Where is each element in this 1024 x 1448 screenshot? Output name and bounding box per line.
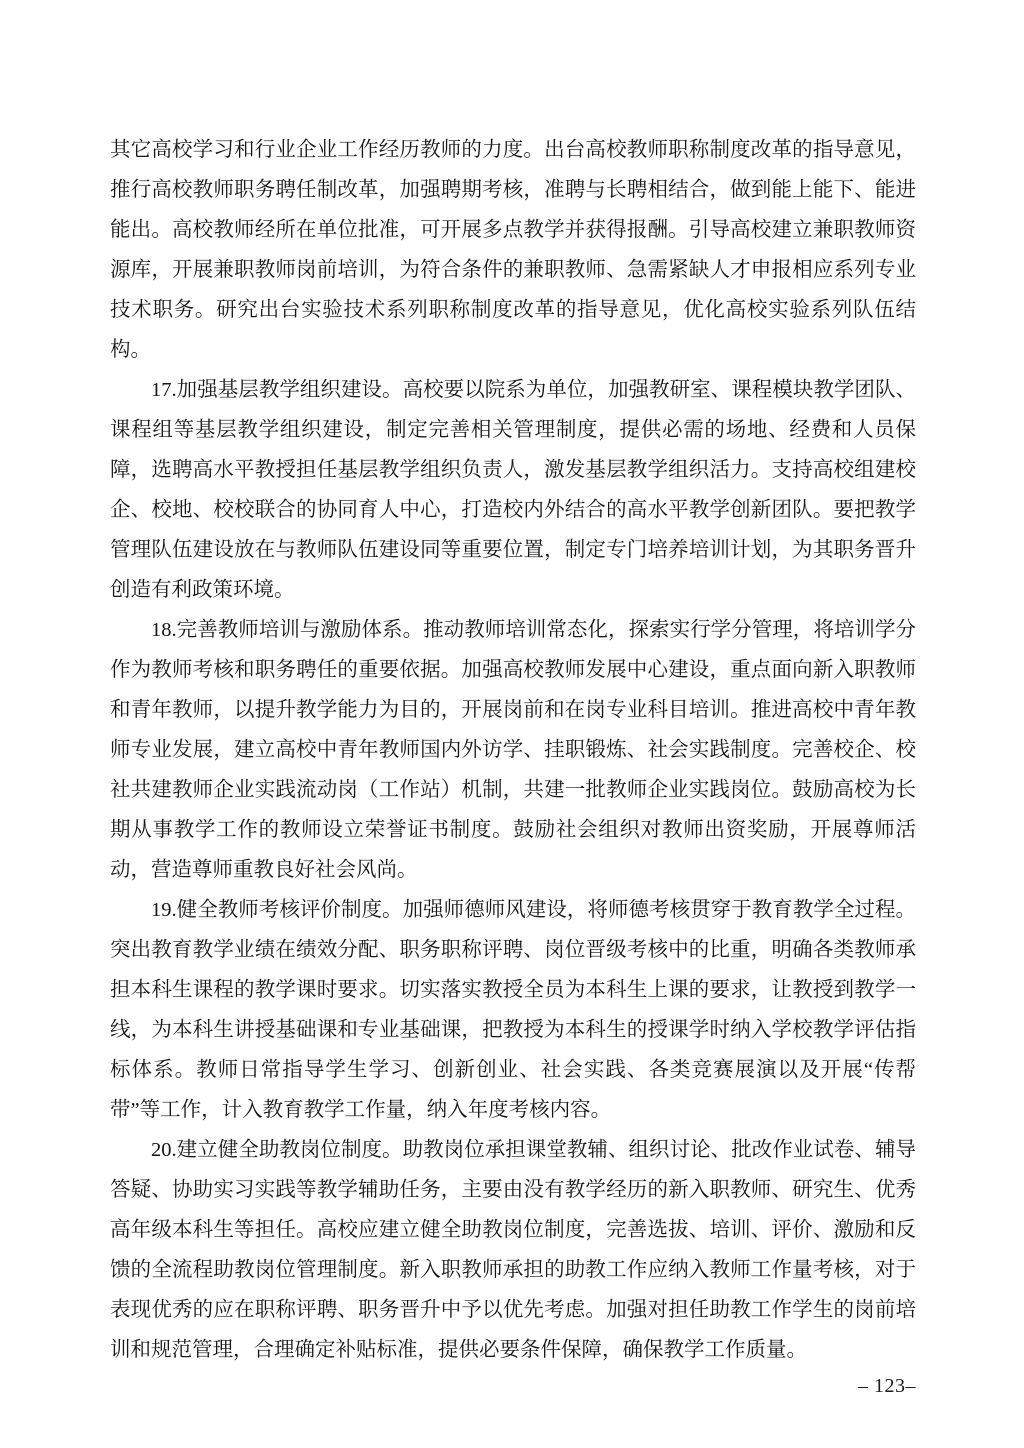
- page-number: – 123–: [858, 1374, 916, 1398]
- paragraph-item-19: 19.健全教师考核评价制度。加强师德师风建设，将师德考核贯穿于教育教学全过程。突…: [110, 890, 916, 1130]
- document-body: 其它高校学习和行业企业工作经历教师的力度。出台高校教师职称制度改革的指导意见，推…: [110, 130, 916, 1370]
- document-page: 其它高校学习和行业企业工作经历教师的力度。出台高校教师职称制度改革的指导意见，推…: [0, 0, 1024, 1448]
- paragraph-item-18: 18.完善教师培训与激励体系。推动教师培训常态化，探索实行学分管理，将培训学分作…: [110, 610, 916, 890]
- paragraph-continuation: 其它高校学习和行业企业工作经历教师的力度。出台高校教师职称制度改革的指导意见，推…: [110, 130, 916, 370]
- paragraph-item-20: 20.建立健全助教岗位制度。助教岗位承担课堂教辅、组织讨论、批改作业试卷、辅导答…: [110, 1130, 916, 1370]
- paragraph-item-17: 17.加强基层教学组织建设。高校要以院系为单位，加强教研室、课程模块教学团队、课…: [110, 370, 916, 610]
